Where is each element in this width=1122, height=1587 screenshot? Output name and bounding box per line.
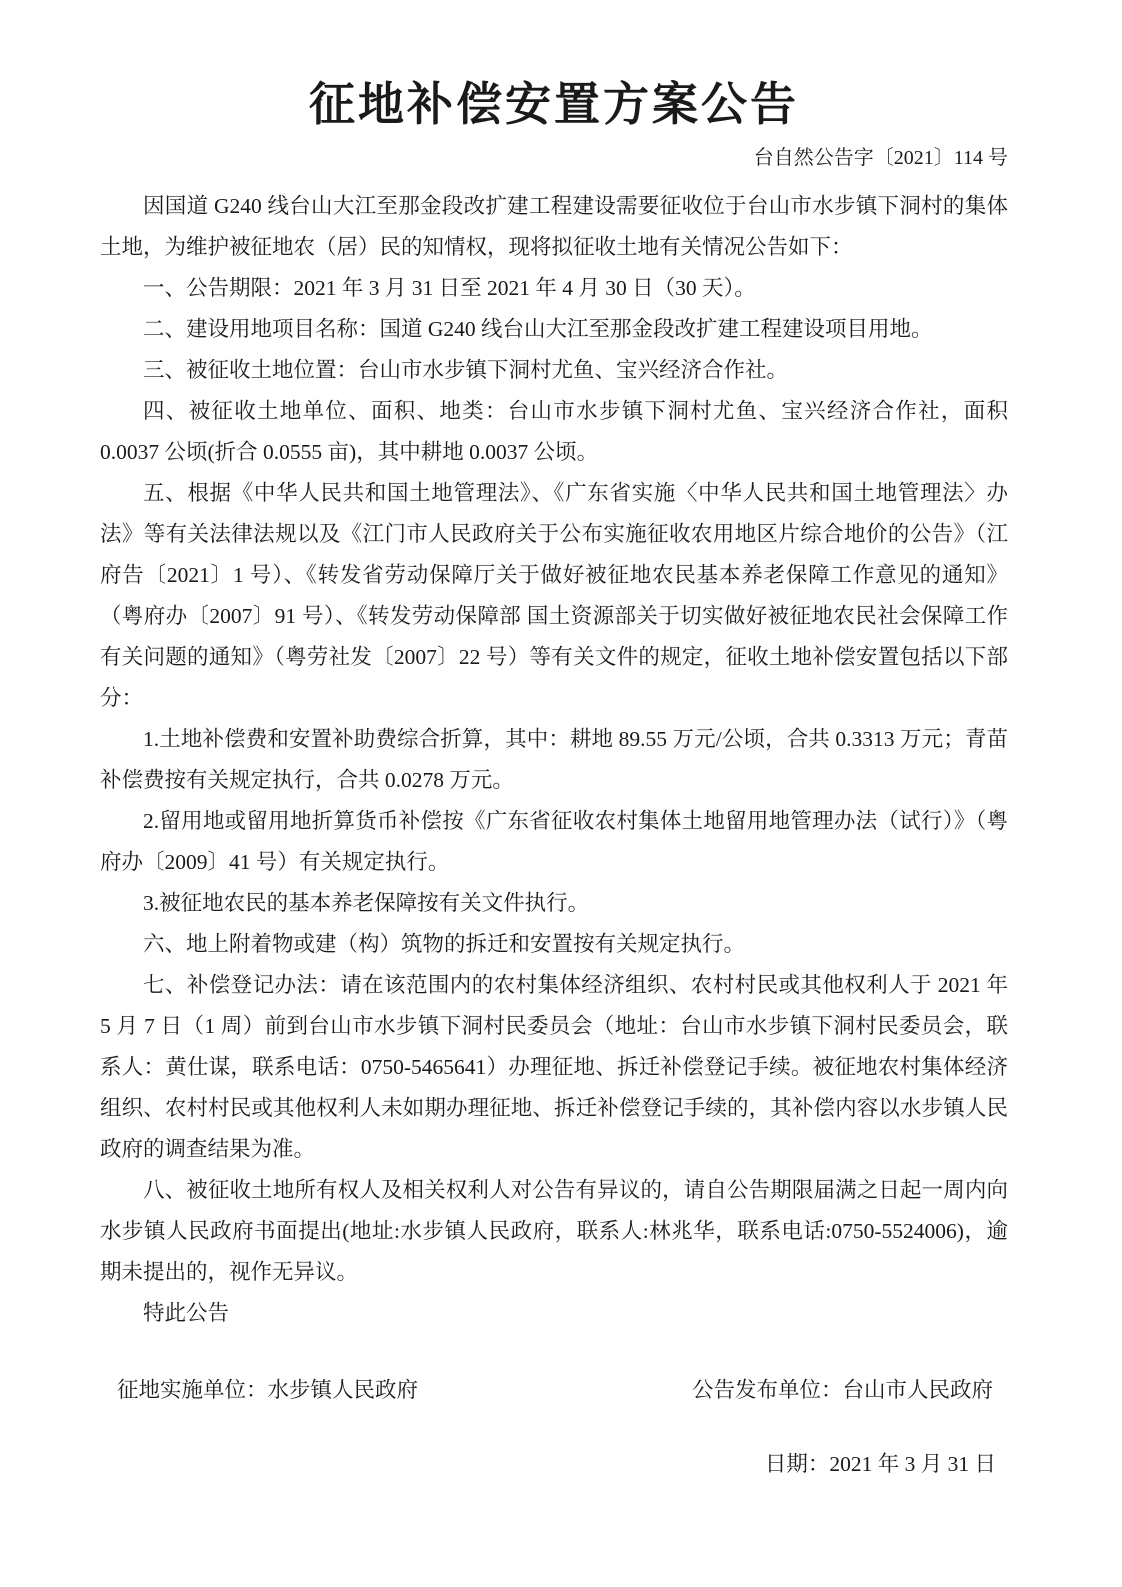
item-8-objection-procedure: 八、被征收土地所有权人及相关权利人对公告有异议的，请自公告期限届满之日起一周内向… [100,1170,1008,1293]
implementing-unit: 征地实施单位：水步镇人民政府 [117,1376,418,1404]
item-2-project-name: 二、建设用地项目名称：国道 G240 线台山大江至那金段改扩建工程建设项目用地。 [100,309,1008,350]
closing-statement: 特此公告 [100,1293,1008,1334]
document-body: 因国道 G240 线台山大江至那金段改扩建工程建设需要征收位于台山市水步镇下洞村… [100,186,1008,1334]
document-date: 日期：2021 年 3 月 31 日 [100,1450,1008,1478]
item-5-legal-basis: 五、根据《中华人民共和国土地管理法》、《广东省实施〈中华人民共和国土地管理法〉办… [100,473,1008,719]
item-6-attachments-demolition: 六、地上附着物或建（构）筑物的拆迁和安置按有关规定执行。 [100,924,1008,965]
unit-signature-row: 征地实施单位：水步镇人民政府 公告发布单位：台山市人民政府 [100,1376,1008,1404]
page-title: 征地补偿安置方案公告 [100,76,1008,134]
paragraph-intro: 因国道 G240 线台山大江至那金段改扩建工程建设需要征收位于台山市水步镇下洞村… [100,186,1008,268]
issuing-unit: 公告发布单位：台山市人民政府 [692,1376,993,1404]
document-number: 台自然公告字〔2021〕114 号 [100,146,1008,170]
item-3-land-location: 三、被征收土地位置：台山市水步镇下洞村尤鱼、宝兴经济合作社。 [100,350,1008,391]
item-5-sub-3-pension: 3.被征地农民的基本养老保障按有关文件执行。 [100,883,1008,924]
item-5-sub-2-reserved-land: 2.留用地或留用地折算货币补偿按《广东省征收农村集体土地留用地管理办法（试行）》… [100,801,1008,883]
item-7-registration-method: 七、补偿登记办法：请在该范围内的农村集体经济组织、农村村民或其他权利人于 202… [100,965,1008,1170]
item-1-notice-period: 一、公告期限：2021 年 3 月 31 日至 2021 年 4 月 30 日（… [100,268,1008,309]
announcement-page: 征地补偿安置方案公告 台自然公告字〔2021〕114 号 因国道 G240 线台… [0,0,1122,1587]
item-4-land-unit-area-type: 四、被征收土地单位、面积、地类：台山市水步镇下洞村尤鱼、宝兴经济合作社，面积 0… [100,391,1008,473]
item-5-sub-1-land-compensation: 1.土地补偿费和安置补助费综合折算，其中：耕地 89.55 万元/公顷，合共 0… [100,719,1008,801]
